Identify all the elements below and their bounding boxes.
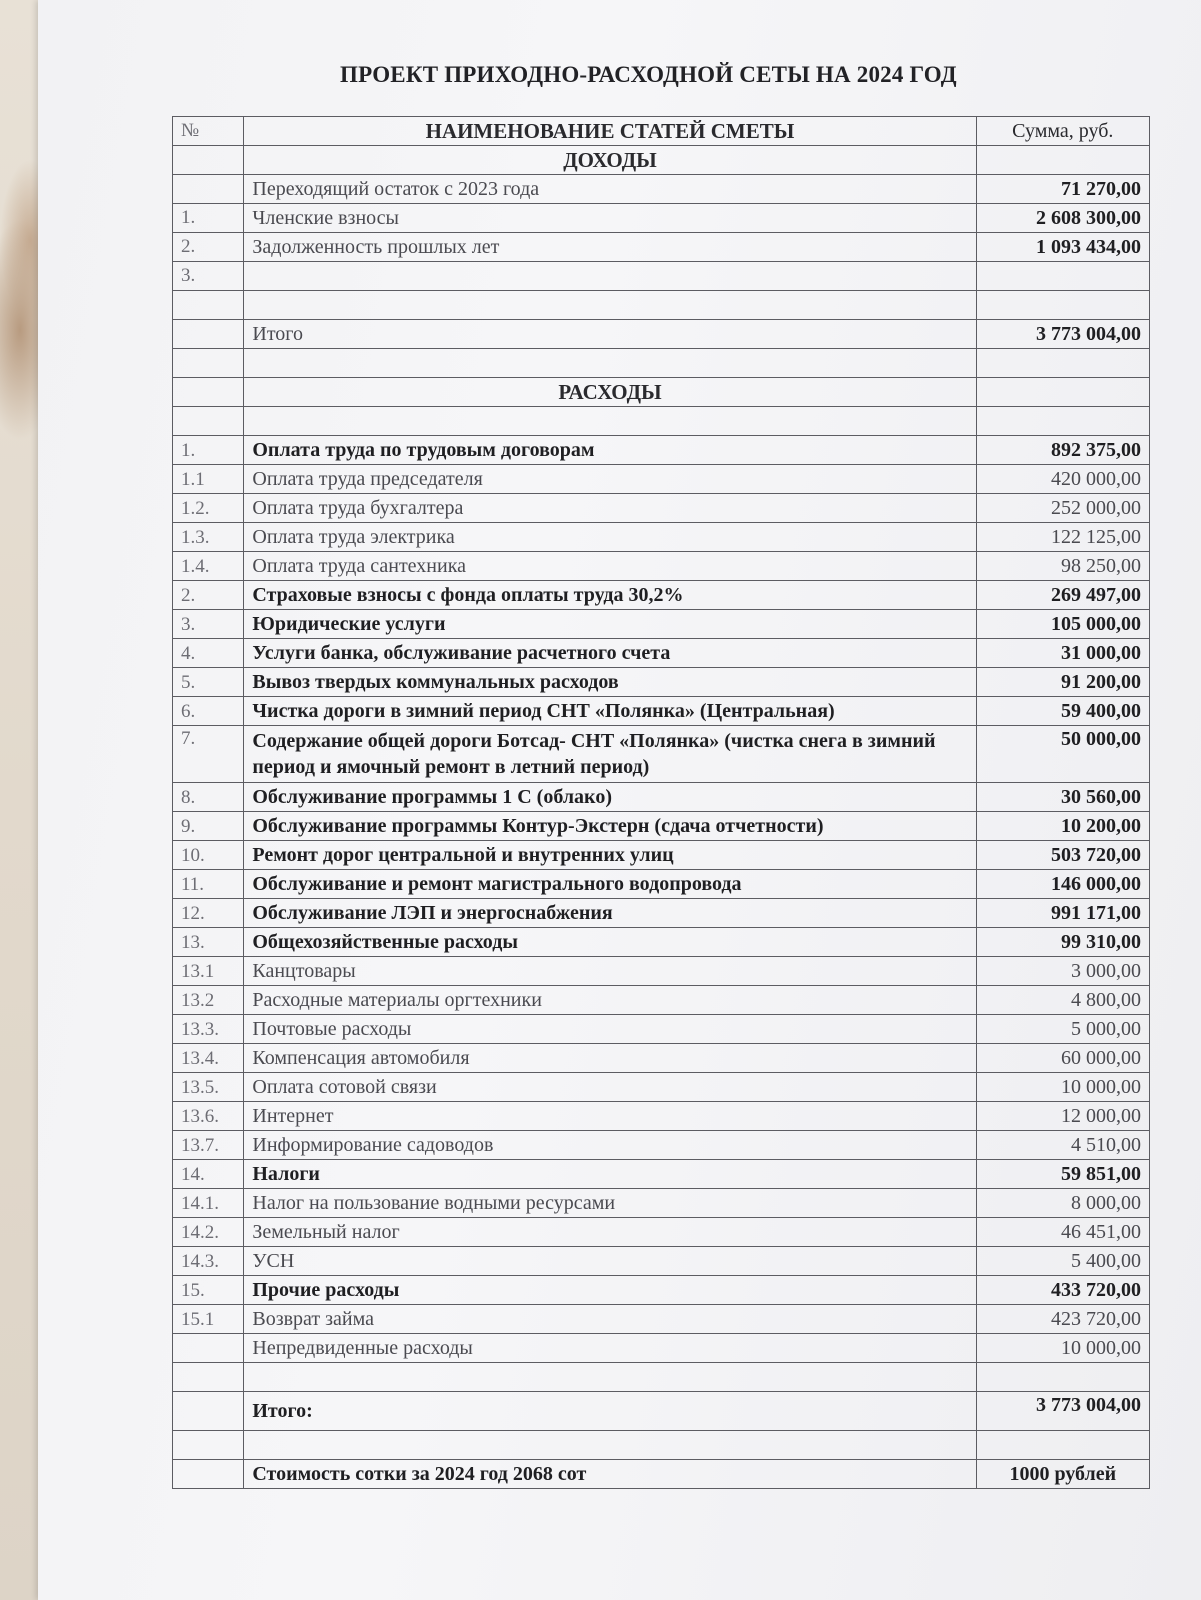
row-number: 2. xyxy=(173,581,244,610)
row-sum xyxy=(976,262,1149,291)
row-number: 3. xyxy=(173,610,244,639)
expense-row: 4.Услуги банка, обслуживание расчетного … xyxy=(173,639,1150,668)
row-name: Обслуживание и ремонт магистрального вод… xyxy=(244,870,976,899)
row-number: 13.5. xyxy=(173,1073,244,1102)
row-number: 15.1 xyxy=(173,1305,244,1334)
row-sum: 420 000,00 xyxy=(976,465,1149,494)
expense-row: 13.2Расходные материалы оргтехники4 800,… xyxy=(173,986,1150,1015)
expense-row: 13.4.Компенсация автомобиля60 000,00 xyxy=(173,1044,1150,1073)
row-sum: 269 497,00 xyxy=(976,581,1149,610)
empty-cell xyxy=(173,1460,244,1489)
header-num: № xyxy=(173,117,244,146)
row-sum: 71 270,00 xyxy=(976,175,1149,204)
expense-row: 1.1Оплата труда председателя420 000,00 xyxy=(173,465,1150,494)
row-name: Почтовые расходы xyxy=(244,1015,976,1044)
row-sum: 991 171,00 xyxy=(976,899,1149,928)
row-name: Непредвиденные расходы xyxy=(244,1334,976,1363)
row-sum: 3 000,00 xyxy=(976,957,1149,986)
row-name: Земельный налог xyxy=(244,1218,976,1247)
row-name: Интернет xyxy=(244,1102,976,1131)
expense-row: 6.Чистка дороги в зимний период СНТ «Пол… xyxy=(173,697,1150,726)
row-sum: 12 000,00 xyxy=(976,1102,1149,1131)
row-name: Чистка дороги в зимний период СНТ «Полян… xyxy=(244,697,976,726)
row-sum: 99 310,00 xyxy=(976,928,1149,957)
row-sum: 4 510,00 xyxy=(976,1131,1149,1160)
row-name: Налог на пользование водными ресурсами xyxy=(244,1189,976,1218)
row-name: Задолженность прошлых лет xyxy=(244,233,976,262)
row-number xyxy=(173,175,244,204)
row-number: 13.7. xyxy=(173,1131,244,1160)
budget-table: № НАИМЕНОВАНИЕ СТАТЕЙ СМЕТЫ Сумма, руб. … xyxy=(172,116,1150,1489)
row-sum: 892 375,00 xyxy=(976,436,1149,465)
expense-row: 14.2.Земельный налог46 451,00 xyxy=(173,1218,1150,1247)
income-total-label: Итого xyxy=(244,320,976,349)
row-name: Прочие расходы xyxy=(244,1276,976,1305)
expenses-total-label: Итого: xyxy=(244,1392,976,1431)
empty-cell xyxy=(173,291,244,320)
row-number: 13.6. xyxy=(173,1102,244,1131)
expense-row: 14.1.Налог на пользование водными ресурс… xyxy=(173,1189,1150,1218)
spacer-row xyxy=(173,1431,1150,1460)
empty-cell xyxy=(976,349,1149,378)
row-name: УСН xyxy=(244,1247,976,1276)
row-number: 13.2 xyxy=(173,986,244,1015)
spacer-row xyxy=(173,407,1150,436)
expense-row: 8.Обслуживание программы 1 С (облако)30 … xyxy=(173,783,1150,812)
row-number: 13.3. xyxy=(173,1015,244,1044)
expense-row: 12.Обслуживание ЛЭП и энергоснабжения991… xyxy=(173,899,1150,928)
expense-row: 13.7.Информирование садоводов4 510,00 xyxy=(173,1131,1150,1160)
row-number: 1.2. xyxy=(173,494,244,523)
row-sum: 30 560,00 xyxy=(976,783,1149,812)
row-sum: 59 851,00 xyxy=(976,1160,1149,1189)
row-sum: 10 000,00 xyxy=(976,1073,1149,1102)
empty-cell xyxy=(173,1392,244,1431)
empty-cell xyxy=(173,1363,244,1392)
row-sum: 46 451,00 xyxy=(976,1218,1149,1247)
expense-row: 11.Обслуживание и ремонт магистрального … xyxy=(173,870,1150,899)
row-number: 14.3. xyxy=(173,1247,244,1276)
empty-cell xyxy=(976,378,1149,407)
expense-row: 14.Налоги59 851,00 xyxy=(173,1160,1150,1189)
empty-cell xyxy=(976,1363,1149,1392)
row-sum: 252 000,00 xyxy=(976,494,1149,523)
row-name: Канцтовары xyxy=(244,957,976,986)
price-per-sotka-label: Стоимость сотки за 2024 год 2068 сот xyxy=(244,1460,976,1489)
expense-row: 14.3.УСН5 400,00 xyxy=(173,1247,1150,1276)
expense-row: 9.Обслуживание программы Контур-Экстерн … xyxy=(173,812,1150,841)
row-name: Членские взносы xyxy=(244,204,976,233)
row-sum: 59 400,00 xyxy=(976,697,1149,726)
row-name: Переходящий остаток с 2023 года xyxy=(244,175,976,204)
row-name: Обслуживание программы 1 С (облако) xyxy=(244,783,976,812)
row-sum: 5 400,00 xyxy=(976,1247,1149,1276)
row-name: Расходные материалы оргтехники xyxy=(244,986,976,1015)
row-sum: 122 125,00 xyxy=(976,523,1149,552)
expense-row: 1.Оплата труда по трудовым договорам892 … xyxy=(173,436,1150,465)
row-name: Страховые взносы с фонда оплаты труда 30… xyxy=(244,581,976,610)
row-sum: 10 200,00 xyxy=(976,812,1149,841)
row-sum: 433 720,00 xyxy=(976,1276,1149,1305)
row-sum: 146 000,00 xyxy=(976,870,1149,899)
empty-cell xyxy=(173,349,244,378)
expense-row: 2.Страховые взносы с фонда оплаты труда … xyxy=(173,581,1150,610)
row-name: Компенсация автомобиля xyxy=(244,1044,976,1073)
row-name: Услуги банка, обслуживание расчетного сч… xyxy=(244,639,976,668)
row-name: Налоги xyxy=(244,1160,976,1189)
income-row: Переходящий остаток с 2023 года71 270,00 xyxy=(173,175,1150,204)
row-number: 13.1 xyxy=(173,957,244,986)
empty-cell xyxy=(173,378,244,407)
spacer-row xyxy=(173,1363,1150,1392)
expense-row: Непредвиденные расходы10 000,00 xyxy=(173,1334,1150,1363)
row-name: Информирование садоводов xyxy=(244,1131,976,1160)
row-number: 1. xyxy=(173,204,244,233)
row-number: 7. xyxy=(173,726,244,783)
spacer-row xyxy=(173,291,1150,320)
row-number: 3. xyxy=(173,262,244,291)
row-name: Оплата труда сантехника xyxy=(244,552,976,581)
expenses-section-label: РАСХОДЫ xyxy=(244,378,976,407)
row-sum: 4 800,00 xyxy=(976,986,1149,1015)
expenses-section-row: РАСХОДЫ xyxy=(173,378,1150,407)
expense-row: 1.2.Оплата труда бухгалтера252 000,00 xyxy=(173,494,1150,523)
row-number: 10. xyxy=(173,841,244,870)
empty-cell xyxy=(244,1431,976,1460)
empty-cell xyxy=(244,407,976,436)
expense-row: 3.Юридические услуги105 000,00 xyxy=(173,610,1150,639)
row-sum: 1 093 434,00 xyxy=(976,233,1149,262)
expense-row: 15.Прочие расходы433 720,00 xyxy=(173,1276,1150,1305)
price-per-sotka-value: 1000 рублей xyxy=(976,1460,1149,1489)
row-number xyxy=(173,1334,244,1363)
expense-row: 13.3.Почтовые расходы5 000,00 xyxy=(173,1015,1150,1044)
row-number: 9. xyxy=(173,812,244,841)
row-name: Общехозяйственные расходы xyxy=(244,928,976,957)
row-name: Юридические услуги xyxy=(244,610,976,639)
row-name: Содержание общей дороги Ботсад- СНТ «Пол… xyxy=(244,726,976,783)
row-number: 14.2. xyxy=(173,1218,244,1247)
spacer-row xyxy=(173,349,1150,378)
empty-cell xyxy=(976,291,1149,320)
empty-cell xyxy=(976,407,1149,436)
row-name: Ремонт дорог центральной и внутренних ул… xyxy=(244,841,976,870)
row-sum: 5 000,00 xyxy=(976,1015,1149,1044)
income-section-label: ДОХОДЫ xyxy=(244,146,976,175)
row-number: 15. xyxy=(173,1276,244,1305)
empty-cell xyxy=(173,1431,244,1460)
expense-row: 13.5.Оплата сотовой связи10 000,00 xyxy=(173,1073,1150,1102)
income-row: 1.Членские взносы2 608 300,00 xyxy=(173,204,1150,233)
expense-row: 13.Общехозяйственные расходы99 310,00 xyxy=(173,928,1150,957)
expense-row: 13.1Канцтовары3 000,00 xyxy=(173,957,1150,986)
row-sum: 50 000,00 xyxy=(976,726,1149,783)
income-total-row: Итого3 773 004,00 xyxy=(173,320,1150,349)
expenses-total-sum: 3 773 004,00 xyxy=(976,1392,1149,1431)
row-number: 12. xyxy=(173,899,244,928)
row-sum: 8 000,00 xyxy=(976,1189,1149,1218)
row-name xyxy=(244,262,976,291)
row-number: 2. xyxy=(173,233,244,262)
row-name: Возврат займа xyxy=(244,1305,976,1334)
row-number: 4. xyxy=(173,639,244,668)
row-number: 5. xyxy=(173,668,244,697)
income-section-row: ДОХОДЫ xyxy=(173,146,1150,175)
expense-row: 7.Содержание общей дороги Ботсад- СНТ «П… xyxy=(173,726,1150,783)
row-name: Обслуживание ЛЭП и энергоснабжения xyxy=(244,899,976,928)
row-number: 1.1 xyxy=(173,465,244,494)
row-number: 1. xyxy=(173,436,244,465)
row-number: 8. xyxy=(173,783,244,812)
row-number: 1.3. xyxy=(173,523,244,552)
row-sum: 2 608 300,00 xyxy=(976,204,1149,233)
empty-cell xyxy=(244,291,976,320)
row-sum: 31 000,00 xyxy=(976,639,1149,668)
income-total-sum: 3 773 004,00 xyxy=(976,320,1149,349)
table-header-row: № НАИМЕНОВАНИЕ СТАТЕЙ СМЕТЫ Сумма, руб. xyxy=(173,117,1150,146)
row-number: 11. xyxy=(173,870,244,899)
empty-cell xyxy=(976,1431,1149,1460)
expense-row: 15.1Возврат займа423 720,00 xyxy=(173,1305,1150,1334)
footer-row: Стоимость сотки за 2024 год 2068 сот1000… xyxy=(173,1460,1150,1489)
expense-row: 5.Вывоз твердых коммунальных расходов91 … xyxy=(173,668,1150,697)
row-number: 13. xyxy=(173,928,244,957)
empty-cell xyxy=(244,349,976,378)
row-sum: 98 250,00 xyxy=(976,552,1149,581)
row-number: 6. xyxy=(173,697,244,726)
row-sum: 105 000,00 xyxy=(976,610,1149,639)
row-name: Оплата труда электрика xyxy=(244,523,976,552)
header-name: НАИМЕНОВАНИЕ СТАТЕЙ СМЕТЫ xyxy=(244,117,976,146)
empty-cell xyxy=(173,407,244,436)
row-sum: 91 200,00 xyxy=(976,668,1149,697)
row-number: 14. xyxy=(173,1160,244,1189)
row-name: Обслуживание программы Контур-Экстерн (с… xyxy=(244,812,976,841)
expenses-total-row: Итого:3 773 004,00 xyxy=(173,1392,1150,1431)
document-title: ПРОЕКТ ПРИХОДНО-РАСХОДНОЙ СЕТЫ НА 2024 Г… xyxy=(340,62,980,88)
row-sum: 423 720,00 xyxy=(976,1305,1149,1334)
header-sum: Сумма, руб. xyxy=(976,117,1149,146)
expense-row: 13.6.Интернет12 000,00 xyxy=(173,1102,1150,1131)
row-name: Оплата труда по трудовым договорам xyxy=(244,436,976,465)
row-name: Оплата сотовой связи xyxy=(244,1073,976,1102)
row-name: Оплата труда председателя xyxy=(244,465,976,494)
row-number: 13.4. xyxy=(173,1044,244,1073)
row-number: 1.4. xyxy=(173,552,244,581)
row-number: 14.1. xyxy=(173,1189,244,1218)
row-sum: 60 000,00 xyxy=(976,1044,1149,1073)
empty-cell xyxy=(173,320,244,349)
expense-row: 10.Ремонт дорог центральной и внутренних… xyxy=(173,841,1150,870)
income-row: 2.Задолженность прошлых лет1 093 434,00 xyxy=(173,233,1150,262)
expense-row: 1.3.Оплата труда электрика122 125,00 xyxy=(173,523,1150,552)
expense-row: 1.4.Оплата труда сантехника98 250,00 xyxy=(173,552,1150,581)
empty-cell xyxy=(244,1363,976,1392)
row-sum: 503 720,00 xyxy=(976,841,1149,870)
row-name: Вывоз твердых коммунальных расходов xyxy=(244,668,976,697)
row-name: Оплата труда бухгалтера xyxy=(244,494,976,523)
income-row: 3. xyxy=(173,262,1150,291)
row-sum: 10 000,00 xyxy=(976,1334,1149,1363)
